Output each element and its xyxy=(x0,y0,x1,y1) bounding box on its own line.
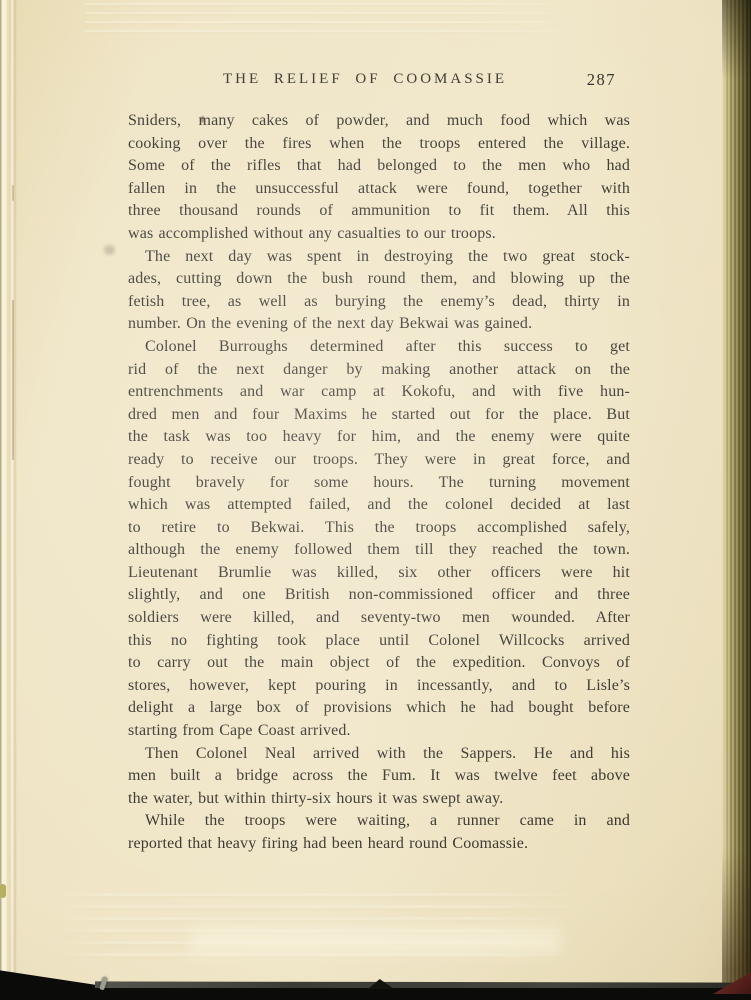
text-line: ready to receive our troops. They were i… xyxy=(128,449,630,472)
text-line: Colonel Burroughs determined after this … xyxy=(128,336,630,359)
text-line: was accomplished without any casualties … xyxy=(128,223,630,246)
paragraph: Sniders, many cakes of powder, and much … xyxy=(128,110,630,246)
text-line: slightly, and one British non-commission… xyxy=(128,584,630,607)
left-page-edge xyxy=(0,0,9,984)
left-edge-speck xyxy=(0,884,6,898)
text-line: to retire to Bekwai. This the troops acc… xyxy=(128,517,630,540)
text-line: Lieutenant Brumlie was killed, six other… xyxy=(128,562,630,585)
page-number: 287 xyxy=(587,70,616,90)
text-line: Some of the rifles that had belonged to … xyxy=(128,155,630,178)
text-line: which was attempted failed, and the colo… xyxy=(128,494,630,517)
text-line: starting from Cape Coast arrived. xyxy=(128,720,630,743)
running-header: THE RELIEF OF COOMASSIE 287 xyxy=(128,71,630,93)
text-line: fallen in the unsuccessful attack were f… xyxy=(128,178,630,201)
paragraph: Then Colonel Neal arrived with the Sappe… xyxy=(128,743,630,811)
page-smudge xyxy=(104,245,115,255)
text-line: soldiers were killed, and seventy-two me… xyxy=(128,607,630,630)
right-page-fore-edges xyxy=(722,0,751,1000)
paragraph: Colonel Burroughs determined after this … xyxy=(128,336,630,743)
text-line: fetish tree, as well as burying the enem… xyxy=(128,291,630,314)
paper-texture-streaks-top xyxy=(85,3,585,37)
text-line: this no fighting took place until Colone… xyxy=(128,630,630,653)
gutter-crease xyxy=(9,0,17,984)
text-line: stores, however, kept pouring in incessa… xyxy=(128,675,630,698)
gutter-crease-mark xyxy=(12,300,14,460)
text-line: to carry out the main object of the expe… xyxy=(128,652,630,675)
scan-background-band xyxy=(0,988,751,1000)
text-line: ades, cutting down the bush round them, … xyxy=(128,268,630,291)
text-line: although the enemy followed them till th… xyxy=(128,539,630,562)
paragraph: While the troops were waiting, a runner … xyxy=(128,810,630,855)
text-line: reported that heavy firing had been hear… xyxy=(128,833,630,856)
text-line: delight a large box of provisions which … xyxy=(128,697,630,720)
text-block: Sniders, many cakes of powder, and much … xyxy=(128,110,630,856)
text-line: dred men and four Maxims he started out … xyxy=(128,404,630,427)
paragraph: The next day was spent in destroying the… xyxy=(128,246,630,336)
text-line: entrenchments and war camp at Kokofu, an… xyxy=(128,381,630,404)
text-line: men built a bridge across the Fum. It wa… xyxy=(128,765,630,788)
text-line: rid of the next danger by making another… xyxy=(128,359,630,382)
text-line: cooking over the fires when the troops e… xyxy=(128,133,630,156)
paper-light-band xyxy=(190,928,560,954)
text-line: fought bravely for some hours. The turni… xyxy=(128,472,630,495)
text-line: three thousand rounds of ammunition to f… xyxy=(128,200,630,223)
text-line: Sniders, many cakes of powder, and much … xyxy=(128,110,630,133)
running-header-title: THE RELIEF OF COOMASSIE xyxy=(223,71,507,88)
text-line: The next day was spent in destroying the… xyxy=(128,246,630,269)
gutter-crease-mark xyxy=(12,185,14,201)
text-line: number. On the evening of the next day B… xyxy=(128,313,630,336)
text-line: While the troops were waiting, a runner … xyxy=(128,810,630,833)
text-line: the water, but within thirty-six hours i… xyxy=(128,788,630,811)
book-scan-page: THE RELIEF OF COOMASSIE 287 Sniders, man… xyxy=(0,0,751,1000)
text-line: Then Colonel Neal arrived with the Sappe… xyxy=(128,743,630,766)
text-line: the task was too heavy for him, and the … xyxy=(128,426,630,449)
